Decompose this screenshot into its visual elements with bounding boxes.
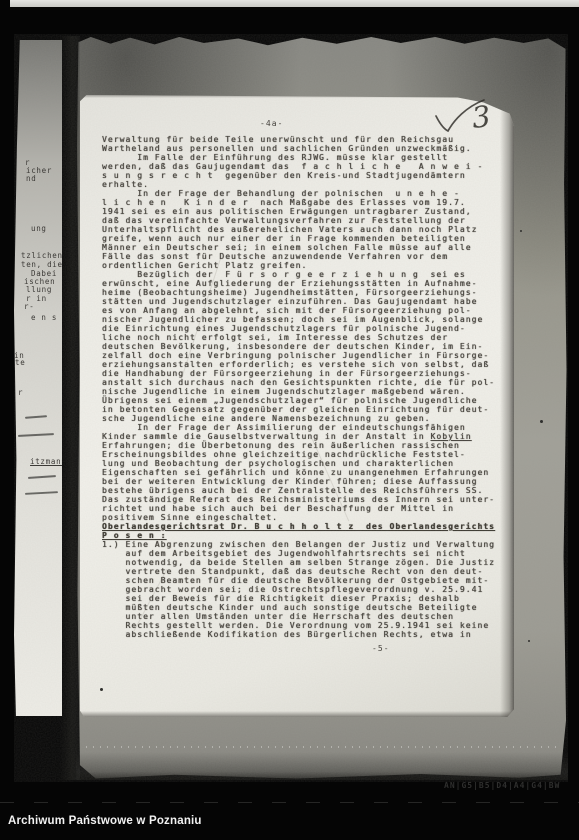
numbered-section-1: 1.) Eine Abgrenzung zwischen den Belange…	[102, 540, 506, 639]
microfilm-scan-viewport: r icher nd ung tzlichen ten, die Dabei i…	[0, 0, 579, 840]
speaker-heading-line1: Oberlandesgerichtsrat Dr. B u c h h o l …	[102, 522, 495, 531]
handwritten-dash	[25, 491, 58, 495]
page-fold-shadow	[60, 36, 80, 780]
typewritten-text: Verwaltung für beide Teile unerwünscht u…	[102, 135, 506, 639]
dust-speckle-row	[86, 746, 560, 748]
document-page: -4a- Verwaltung für beide Teile unerwüns…	[80, 95, 514, 717]
kobylin-line: Kinder sammle die Gauselbstverwaltung in…	[102, 432, 506, 441]
text-fragment: tzlichen	[21, 251, 63, 260]
speaker-heading: P o s e n :	[102, 531, 506, 540]
kobylin-line-before: Kinder sammle die Gauselbstverwaltung in…	[102, 432, 431, 441]
film-edge-markings: AN|G5|B5|D4|A4|G4|BW	[444, 781, 560, 790]
film-speck	[528, 640, 530, 642]
text-fragment: ung	[31, 224, 47, 233]
handwritten-mark: 3	[426, 94, 536, 150]
archive-watermark-caption: Archiwum Państwowe w Poznaniu	[8, 815, 202, 827]
handwritten-dash	[25, 415, 47, 419]
film-speck	[100, 688, 103, 691]
body-paragraphs-2: Erfahrungen; die Überbetonung des rein ä…	[102, 441, 506, 522]
film-edge-strip	[10, 0, 579, 7]
text-fragment: te	[15, 358, 25, 367]
text-fragment: e n s	[31, 313, 57, 322]
page-number-bottom: -5-	[372, 644, 390, 653]
body-paragraphs-1: Verwaltung für beide Teile unerwünscht u…	[102, 135, 506, 432]
film-speck	[540, 420, 543, 423]
speaker-heading: Oberlandesgerichtsrat Dr. B u c h h o l …	[102, 522, 506, 531]
film-speck	[520, 230, 522, 232]
text-fragment: r-	[24, 302, 34, 311]
adjacent-page-edge: r icher nd ung tzlichen ten, die Dabei i…	[14, 40, 62, 716]
backing-bottom-shade	[76, 752, 568, 780]
kobylin-underlined: Kobylin	[431, 432, 472, 441]
handwritten-dash	[28, 475, 56, 479]
handwritten-dash	[18, 433, 54, 437]
handwritten-number: 3	[470, 99, 492, 135]
page-number-top: -4a-	[260, 119, 283, 128]
text-fragment: nd	[26, 174, 36, 183]
film-scratch-line	[0, 802, 579, 803]
text-fragment: r	[18, 388, 23, 397]
text-fragment: llung	[26, 285, 52, 294]
text-fragment: ten, die	[21, 260, 63, 269]
speaker-heading-line2: P o s e n :	[102, 531, 167, 540]
page-edge-shade	[80, 711, 514, 717]
